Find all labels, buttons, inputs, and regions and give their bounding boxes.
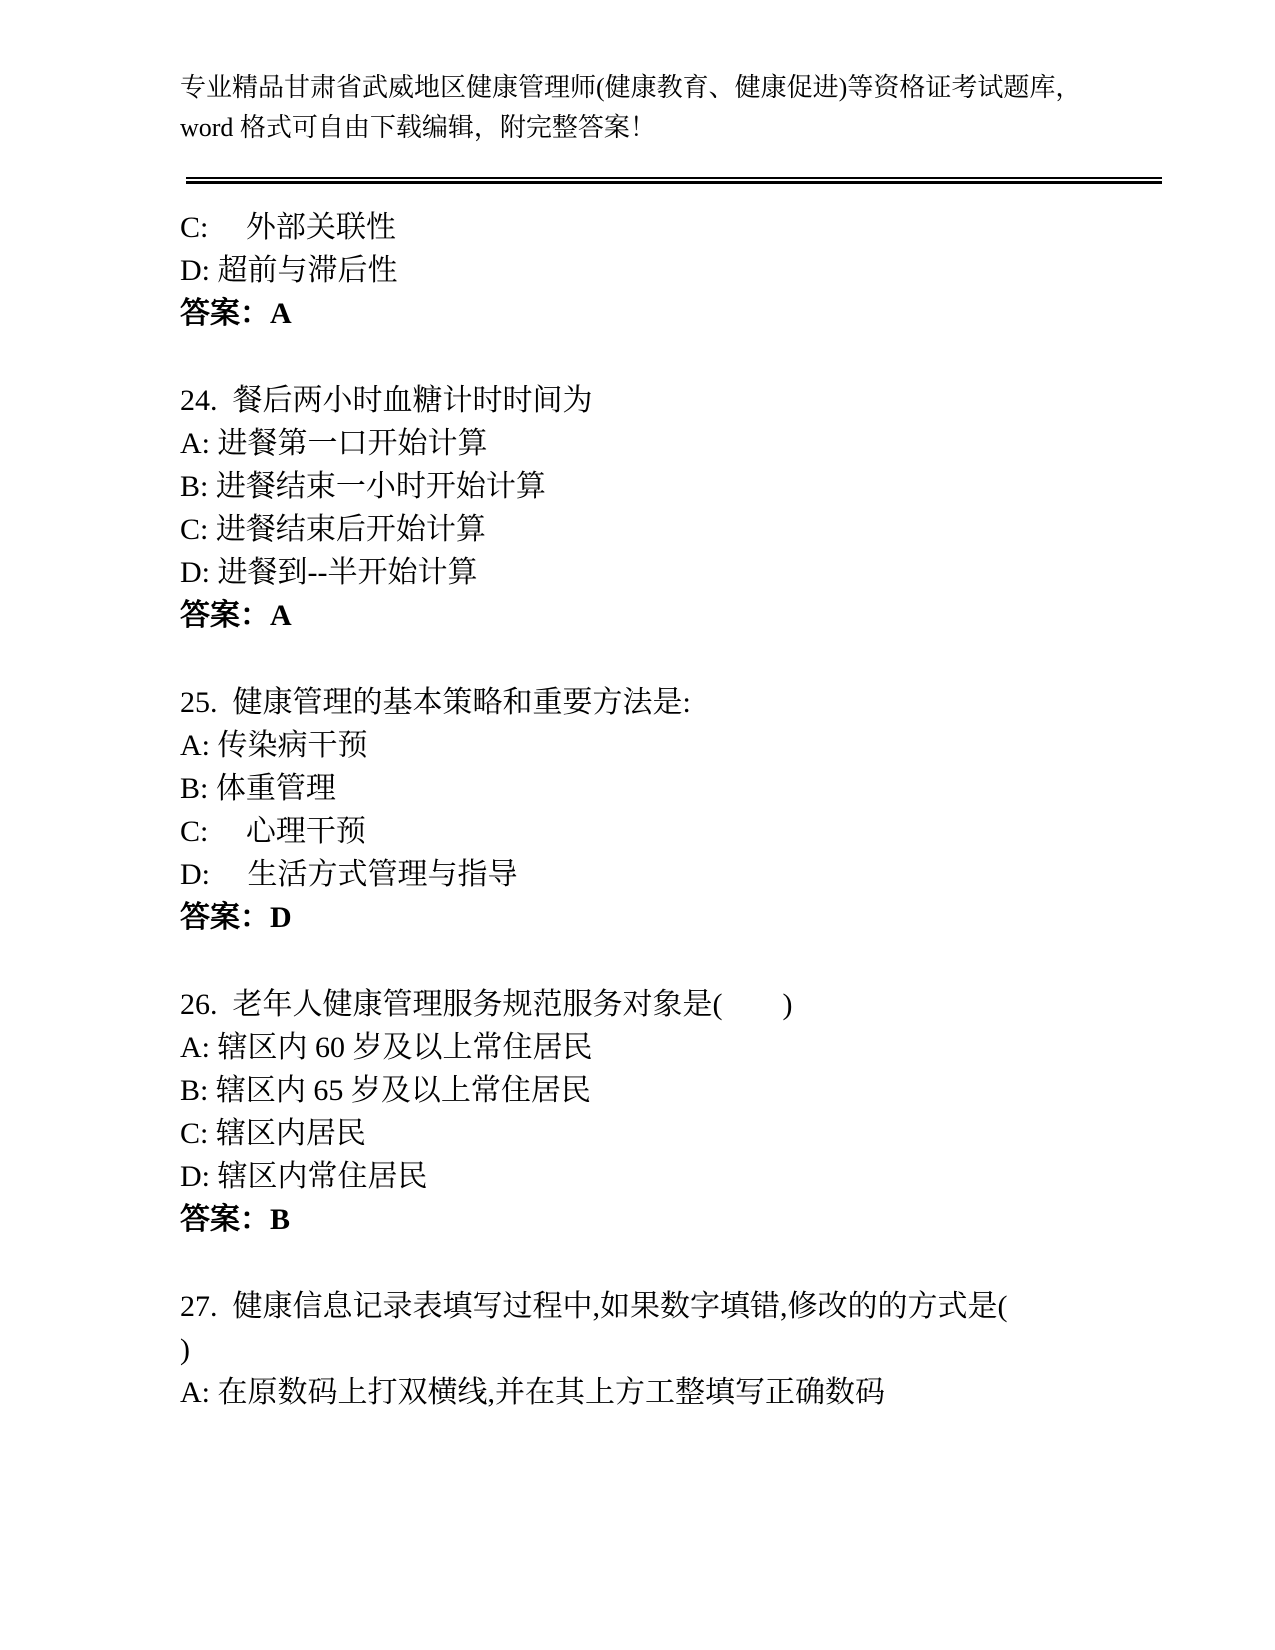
- option-a: A: 辖区内 60 岁及以上常住居民: [180, 1026, 1165, 1069]
- option-b: B: 进餐结束一小时开始计算: [180, 465, 1165, 508]
- question-title-line-2: ): [180, 1328, 1165, 1371]
- option-c: C: 辖区内居民: [180, 1112, 1165, 1155]
- answer-line: 答案：A: [180, 292, 1165, 335]
- question-title: 24. 餐后两小时血糖计时时间为: [180, 379, 1165, 422]
- option-c: C: 进餐结束后开始计算: [180, 508, 1165, 551]
- option-d: D: 超前与滞后性: [180, 249, 1165, 292]
- option-c: C: 心理干预: [180, 810, 1165, 853]
- document-content: 专业精品甘肃省武威地区健康管理师(健康教育、健康促进)等资格证考试题库， wor…: [180, 0, 1165, 1414]
- question-block-25: 25. 健康管理的基本策略和重要方法是: A: 传染病干预 B: 体重管理 C:…: [180, 681, 1165, 939]
- option-b: B: 体重管理: [180, 767, 1165, 810]
- answer-line: 答案：B: [180, 1198, 1165, 1241]
- option-d: D: 辖区内常住居民: [180, 1155, 1165, 1198]
- question-title: 26. 老年人健康管理服务规范服务对象是( ): [180, 983, 1165, 1026]
- question-block-24: 24. 餐后两小时血糖计时时间为 A: 进餐第一口开始计算 B: 进餐结束一小时…: [180, 379, 1165, 637]
- option-a: A: 传染病干预: [180, 724, 1165, 767]
- option-a: A: 进餐第一口开始计算: [180, 422, 1165, 465]
- question-block-27: 27. 健康信息记录表填写过程中,如果数字填错,修改的的方式是( ) A: 在原…: [180, 1285, 1165, 1414]
- option-d: D: 生活方式管理与指导: [180, 853, 1165, 896]
- question-title-line-1: 27. 健康信息记录表填写过程中,如果数字填错,修改的的方式是(: [180, 1285, 1165, 1328]
- option-d: D: 进餐到--半开始计算: [180, 551, 1165, 594]
- document-page: 专业精品甘肃省武威地区健康管理师(健康教育、健康促进)等资格证考试题库， wor…: [0, 0, 1275, 1650]
- option-b: B: 辖区内 65 岁及以上常住居民: [180, 1069, 1165, 1112]
- question-block-partial: C: 外部关联性 D: 超前与滞后性 答案：A: [180, 206, 1165, 335]
- header-line-2: word 格式可自由下载编辑，附完整答案！: [180, 108, 1165, 148]
- answer-line: 答案：A: [180, 594, 1165, 637]
- header-divider-double-rule: [186, 177, 1162, 184]
- option-c: C: 外部关联性: [180, 206, 1165, 249]
- answer-line: 答案：D: [180, 896, 1165, 939]
- question-block-26: 26. 老年人健康管理服务规范服务对象是( ) A: 辖区内 60 岁及以上常住…: [180, 983, 1165, 1241]
- header-line-1: 专业精品甘肃省武威地区健康管理师(健康教育、健康促进)等资格证考试题库，: [180, 68, 1165, 108]
- question-title: 25. 健康管理的基本策略和重要方法是:: [180, 681, 1165, 724]
- option-a: A: 在原数码上打双横线,并在其上方工整填写正确数码: [180, 1371, 1165, 1414]
- document-header: 专业精品甘肃省武威地区健康管理师(健康教育、健康促进)等资格证考试题库， wor…: [180, 68, 1165, 148]
